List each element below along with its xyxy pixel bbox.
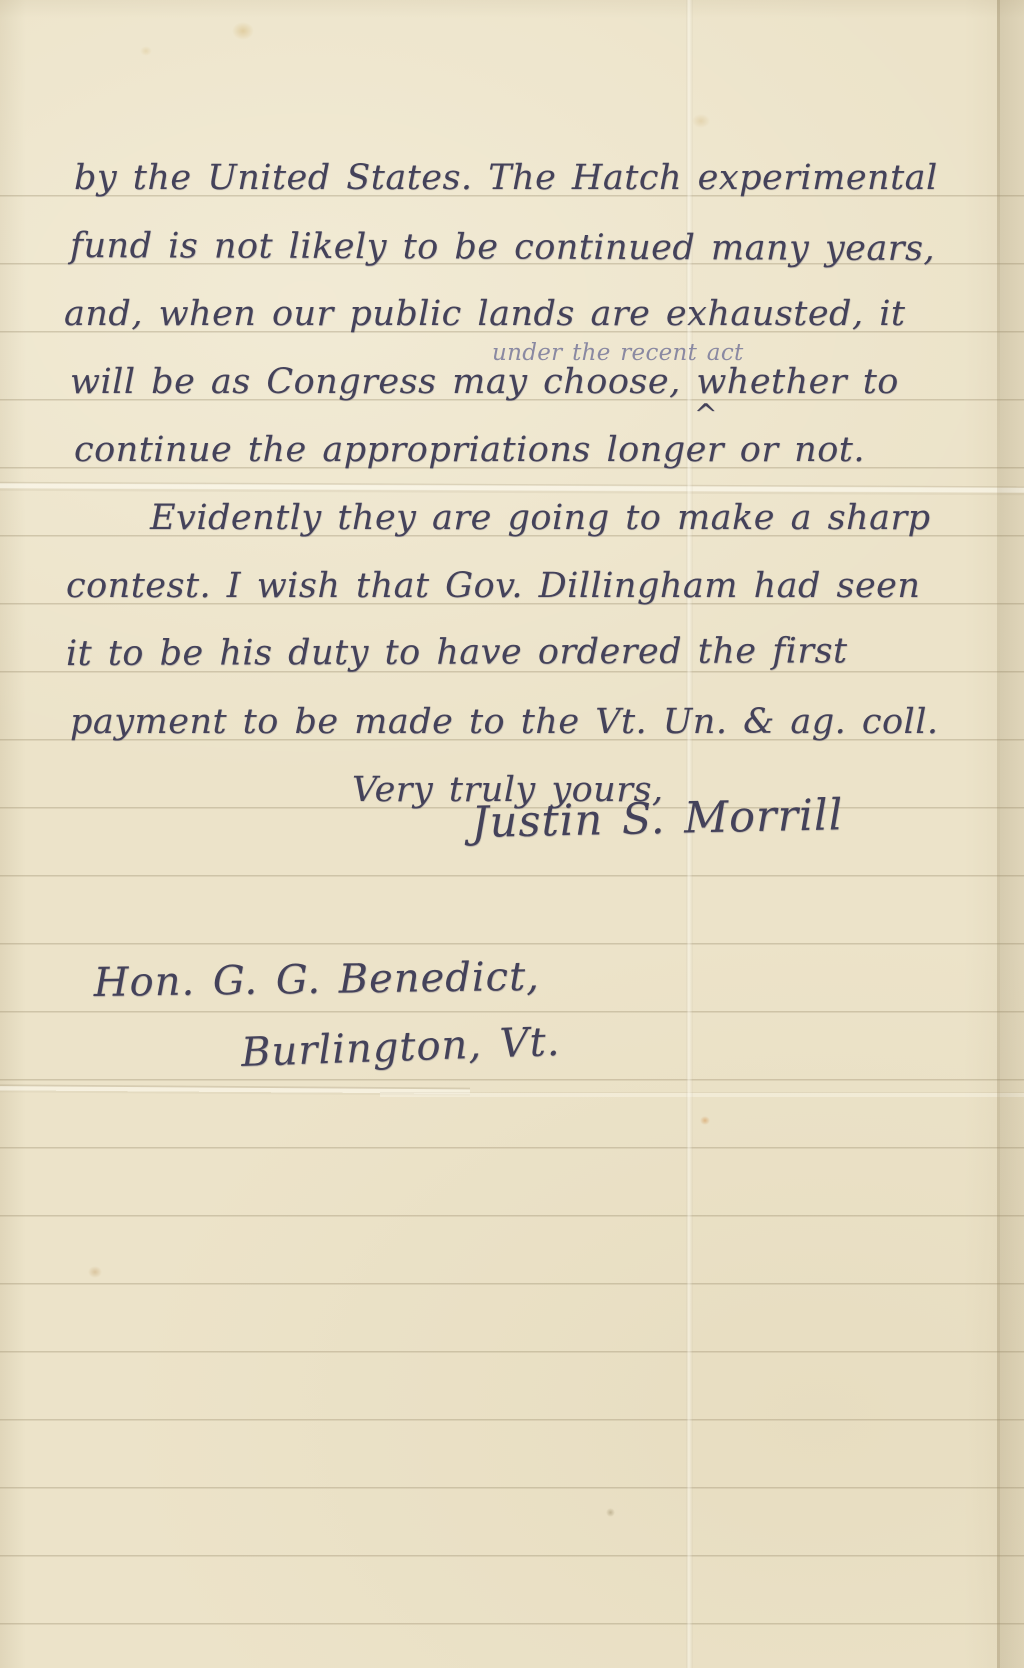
horizontal-fold-crease bbox=[0, 482, 1024, 495]
horizontal-fold-crease bbox=[0, 1084, 470, 1095]
handwritten-line: contest. I wish that Gov. Dillingham had… bbox=[66, 566, 920, 606]
handwritten-line: by the United States. The Hatch experime… bbox=[74, 158, 938, 198]
signature: Justin S. Morrill bbox=[471, 790, 844, 848]
paper-stain bbox=[88, 1266, 102, 1278]
paper-edge bbox=[997, 0, 1000, 1668]
handwritten-line: fund is not likely to be continued many … bbox=[70, 226, 935, 269]
paper-edge-shadow bbox=[1000, 0, 1024, 1668]
paper-stain bbox=[140, 46, 152, 56]
handwritten-line: continue the appropriations longer or no… bbox=[74, 430, 865, 470]
horizontal-fold-crease bbox=[380, 1092, 1024, 1097]
paper-stain bbox=[700, 1116, 710, 1125]
paper-stain bbox=[606, 1508, 615, 1517]
handwritten-line: and, when our public lands are exhausted… bbox=[64, 294, 905, 334]
recipient-place-line: Burlington, Vt. bbox=[240, 1019, 561, 1076]
paper-stain bbox=[692, 114, 710, 128]
handwritten-line: it to be his duty to have ordered the fi… bbox=[66, 631, 848, 674]
insertion-caret-mark: ^ bbox=[694, 398, 718, 431]
letter-page: by the United States. The Hatch experime… bbox=[0, 0, 1024, 1668]
recipient-name-line: Hon. G. G. Benedict, bbox=[93, 954, 540, 1006]
paper-stain bbox=[232, 22, 254, 40]
handwritten-line: will be as Congress may choose, whether … bbox=[70, 362, 899, 402]
handwritten-line: payment to be made to the Vt. Un. & ag. … bbox=[70, 702, 939, 742]
ruled-lines bbox=[0, 195, 1024, 1668]
handwritten-line: Evidently they are going to make a sharp bbox=[150, 498, 931, 538]
